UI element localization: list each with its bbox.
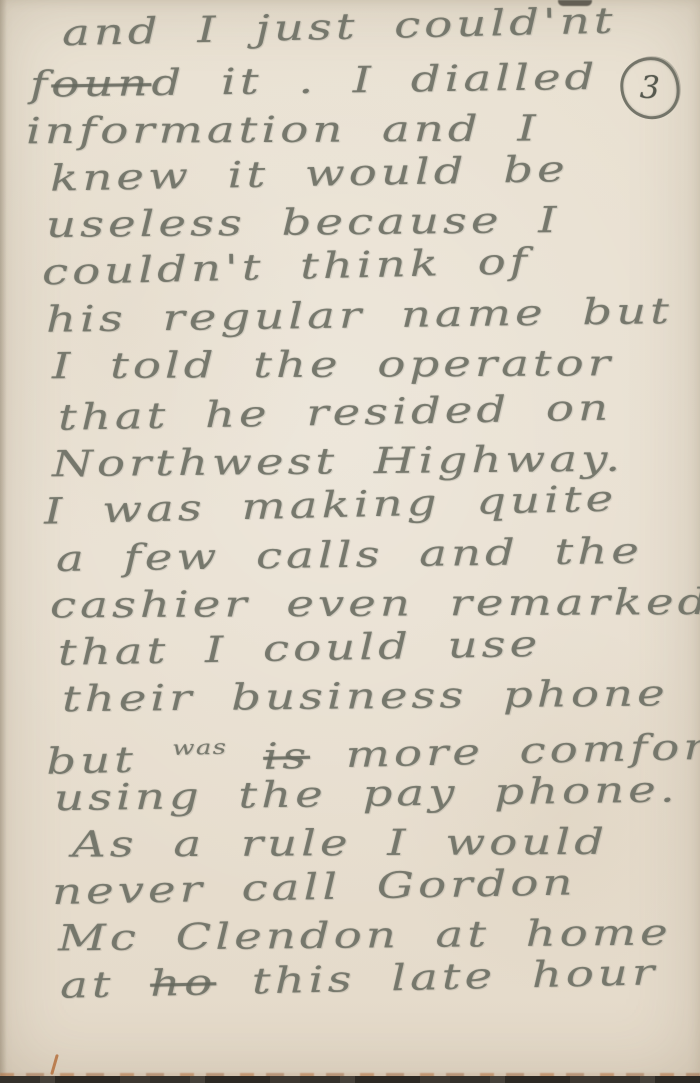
handwritten-line: I told the operator [52,339,700,391]
struck-word: ho [150,962,217,1004]
handwriting-lines: and I just could'ntfound it . I dialledi… [0,12,700,1011]
handwritten-text: couldn't think of [42,241,532,293]
handwritten-text: f [30,64,52,105]
orange-pencil-mark [50,1054,59,1075]
handwritten-text: As a rule I would [72,822,608,866]
paper-bottom-edge [0,1076,700,1083]
handwritten-text: that he resided on [58,387,613,438]
handwritten-text: at [60,964,151,1007]
handwritten-line: and I just could'nt [61,0,700,58]
handwritten-text: knew it would be [50,149,569,199]
handwritten-text: using the pay phone. [54,769,679,819]
handwritten-text: and I just could'nt [61,1,616,55]
letter-page: and I just could'ntfound it . I dialledi… [0,0,700,1083]
handwritten-text: never call Gordon [52,862,577,913]
handwritten-text: information and I [26,109,540,153]
struck-word: oun [51,63,152,105]
handwritten-text: I told the operator [52,343,614,387]
handwritten-text: his regular name but [46,291,673,341]
handwritten-text: d it . I dialled [151,56,599,103]
handwritten-text: their business phone [62,674,669,721]
handwritten-text: that I could use [58,624,542,674]
handwritten-text: this late hour [216,952,659,1003]
handwritten-text: a few calls and the [56,530,643,579]
inserted-word-above-line: was [172,735,228,760]
handwritten-line: found it . I dialled [30,49,700,109]
page-number: 3 [640,70,661,107]
handwritten-text: I was making quite [44,479,618,533]
